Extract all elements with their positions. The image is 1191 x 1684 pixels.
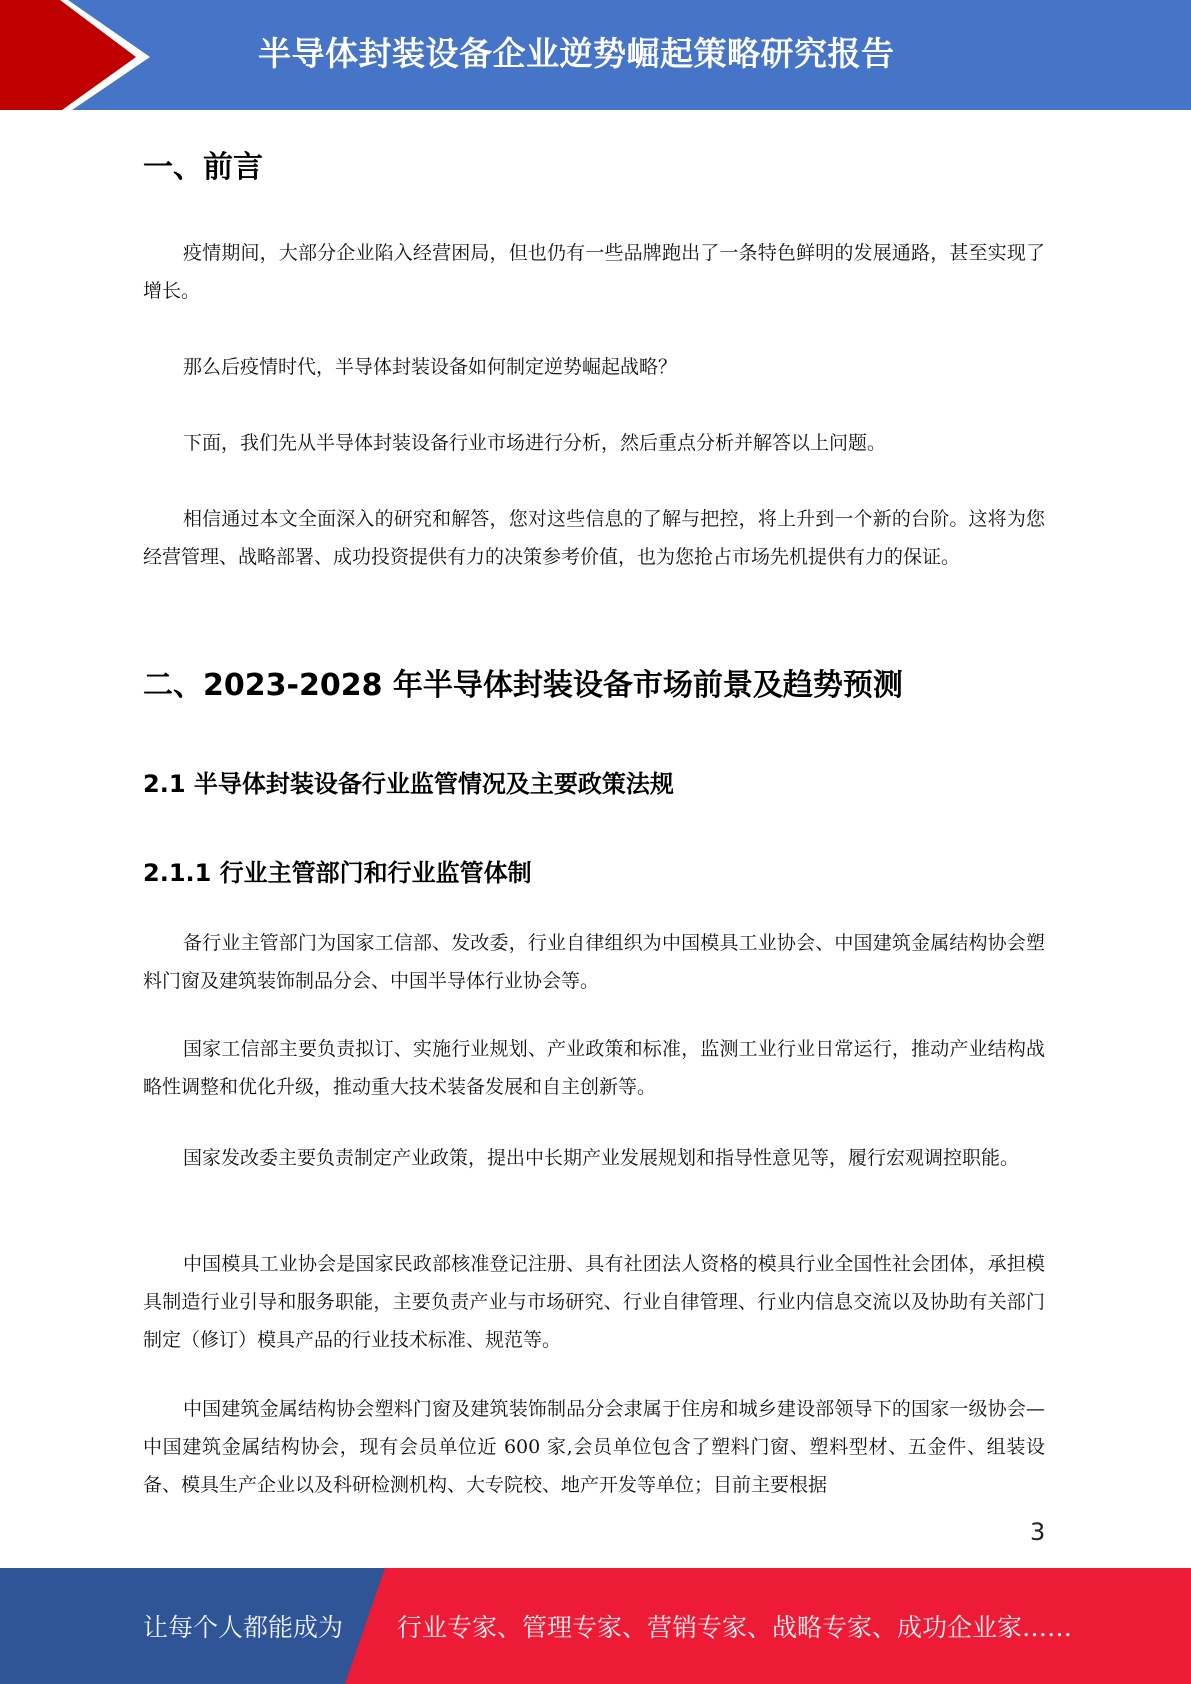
report-title: 半导体封装设备企业逆势崛起策略研究报告	[258, 28, 895, 75]
paragraph: 相信通过本文全面深入的研究和解答，您对这些信息的了解与把控，将上升到一个新的台阶…	[143, 500, 1045, 576]
paragraph: 备行业主管部门为国家工信部、发改委，行业自律组织为中国模具工业协会、中国建筑金属…	[143, 924, 1045, 1000]
subsubsection-heading: 2.1.1 行业主管部门和行业监管体制	[143, 853, 532, 888]
subsection-heading: 2.1 半导体封装设备行业监管情况及主要政策法规	[143, 764, 674, 799]
footer-slogan-right: 行业专家、管理专家、营销专家、战略专家、成功企业家……	[397, 1608, 1072, 1644]
paragraph: 中国建筑金属结构协会塑料门窗及建筑装饰制品分会隶属于住房和城乡建设部领导下的国家…	[143, 1390, 1045, 1504]
section-heading-preface: 一、前言	[143, 142, 263, 186]
paragraph: 那么后疫情时代，半导体封装设备如何制定逆势崛起战略？	[143, 348, 1045, 386]
paragraph: 国家发改委主要负责制定产业政策，提出中长期产业发展规划和指导性意见等，履行宏观调…	[143, 1139, 1045, 1177]
paragraph: 国家工信部主要负责拟订、实施行业规划、产业政策和标准，监测工业行业日常运行，推动…	[143, 1030, 1045, 1106]
header-banner: 半导体封装设备企业逆势崛起策略研究报告	[0, 0, 1191, 110]
paragraph: 疫情期间，大部分企业陷入经营困局，但也仍有一些品牌跑出了一条特色鲜明的发展通路，…	[143, 234, 1045, 310]
footer-banner: 让每个人都能成为 行业专家、管理专家、营销专家、战略专家、成功企业家……	[0, 1568, 1191, 1684]
paragraph: 下面，我们先从半导体封装设备行业市场进行分析，然后重点分析并解答以上问题。	[143, 424, 1045, 462]
page-number: 3	[1030, 1518, 1045, 1546]
paragraph: 中国模具工业协会是国家民政部核准登记注册、具有社团法人资格的模具行业全国性社会团…	[143, 1245, 1045, 1359]
footer-slogan-left: 让每个人都能成为	[143, 1608, 343, 1644]
section-heading-forecast: 二、2023-2028 年半导体封装设备市场前景及趋势预测	[143, 660, 903, 704]
